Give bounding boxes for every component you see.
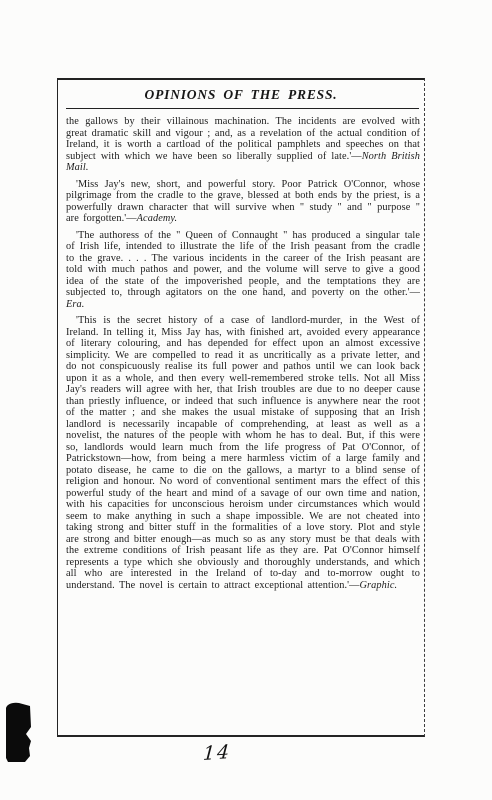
review-source: Academy. [137,213,178,224]
review-paragraph: 'Miss Jay's new, short, and powerful sto… [66,179,420,225]
review-text: 'Miss Jay's new, short, and powerful sto… [66,179,420,225]
review-paragraph: the gallows by their villainous machinat… [66,116,420,174]
review-paragraph: 'The authoress of the " Queen of Connaug… [66,230,420,311]
ink-blot-shape [0,698,40,768]
page-title: OPINIONS OF THE PRESS. [58,80,424,103]
page-frame: OPINIONS OF THE PRESS. the gallows by th… [57,78,425,737]
reviews-column: the gallows by their villainous machinat… [58,109,424,591]
review-paragraph: 'This is the secret history of a case of… [66,315,420,591]
review-source: Era. [66,299,84,310]
review-text: 'The authoress of the " Queen of Connaug… [66,230,420,299]
scanned-book-page: OPINIONS OF THE PRESS. the gallows by th… [0,0,492,800]
handwritten-page-number: 14 [202,741,232,765]
review-text: 'This is the secret history of a case of… [66,315,420,591]
review-source: Graphic. [359,580,397,591]
ink-blot [0,698,40,768]
